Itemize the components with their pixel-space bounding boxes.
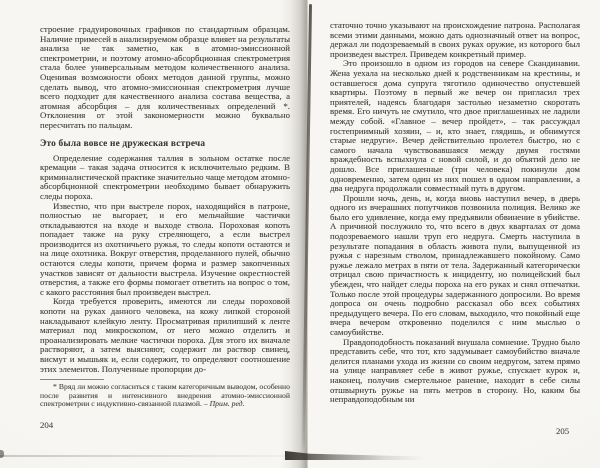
paragraph: Правдоподобность показаний внушала сомне…: [330, 338, 580, 405]
footnote-body: Вряд ли можно согласиться с таким катего…: [40, 382, 290, 408]
paragraph: Прошли ночь, день, и, когда вновь наступ…: [330, 194, 580, 338]
page-number-right: 205: [556, 426, 569, 436]
left-page-text: строение градуировочных графиков по стан…: [40, 25, 290, 409]
paragraph: Известно, что при выстреле порох, находя…: [40, 202, 290, 298]
paragraph: Определение содержания таллия в зольном …: [40, 154, 290, 202]
book-scan: строение градуировочных графиков по стан…: [0, 0, 600, 468]
section-heading: Это была вовсе не дружеская встреча: [40, 139, 290, 149]
paragraph: Когда требуется проверить, имеются ли сл…: [40, 297, 290, 374]
right-page: статочно точно указывают на происхождени…: [300, 0, 600, 468]
footnote-divider: [40, 379, 104, 380]
footnote-source: Прим. ред.: [210, 399, 245, 408]
page-number-left: 204: [40, 420, 53, 430]
paragraph: строение градуировочных графиков по стан…: [40, 25, 290, 131]
paragraph: статочно точно указывают на происхождени…: [330, 21, 580, 59]
paragraph: Это произошло в одном из городов на севе…: [330, 59, 580, 193]
footnote-text: * Вряд ли можно согласиться с таким кате…: [40, 383, 290, 409]
left-page: строение градуировочных графиков по стан…: [0, 0, 300, 468]
footnote: * Вряд ли можно согласиться с таким кате…: [40, 379, 290, 409]
right-page-text: статочно точно указывают на происхождени…: [330, 21, 580, 405]
